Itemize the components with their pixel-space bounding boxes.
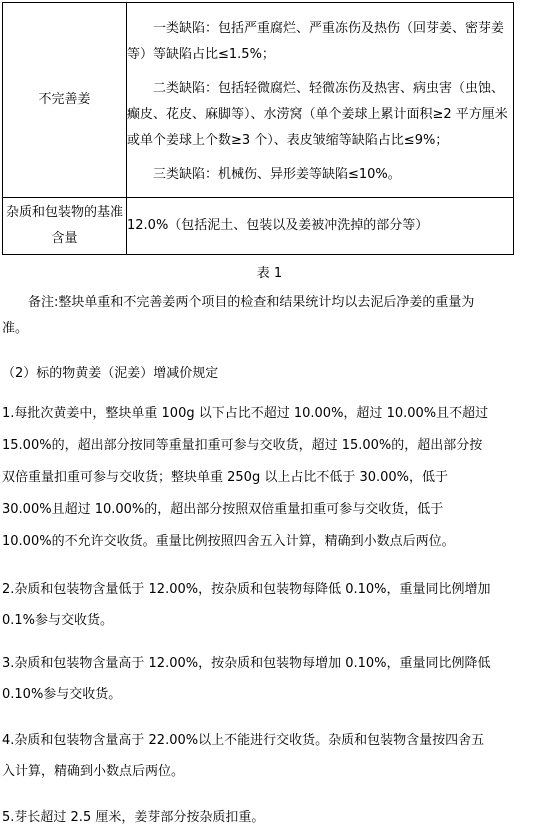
table-caption: 表 1 — [0, 262, 539, 281]
impurity-baseline-value: 12.0%（包括泥土、包装以及姜被冲洗掉的部分等） — [127, 198, 514, 255]
rule-paragraph-1: 1.每批次黄姜中，整块单重 100g 以下占比不超过 10.00%，超过 10.… — [2, 398, 492, 558]
defect-list: 一类缺陷：包括严重腐烂、严重冻伤及热伤（回芽姜、密芽姜等）等缺陷占比≤1.5%；… — [127, 3, 514, 198]
table-row-impurity-baseline: 杂质和包装物的基准含量 12.0%（包括泥土、包装以及姜被冲洗掉的部分等） — [3, 198, 514, 255]
defect-class-3: 三类缺陷：机械伤、异形姜等缺陷≤10%。 — [127, 162, 513, 188]
section-title: （2）标的物黄姜（泥姜）增减价规定 — [2, 362, 218, 381]
defect-class-2: 二类缺陷：包括轻微腐烂、轻微冻伤及热害、病虫害（虫蚀、癫皮、花皮、麻脚等）、水涝… — [127, 76, 513, 154]
row-label-imperfect-ginger: 不完善姜 — [3, 3, 127, 198]
rule-paragraph-4: 4.杂质和包装物含量高于 22.00%以上不能进行交收货。杂质和包装物含量按四舍… — [2, 725, 492, 787]
table-note: 备注:整块单重和不完善姜两个项目的检查和结果统计均以去泥后净姜的重量为准。 — [2, 290, 492, 342]
row-label-impurity-baseline: 杂质和包装物的基准含量 — [3, 198, 127, 255]
rule-paragraph-2: 2.杂质和包装物含量低于 12.00%，按杂质和包装物每降低 0.10%，重量同… — [2, 574, 492, 636]
table-row-imperfect-ginger: 不完善姜 一类缺陷：包括严重腐烂、严重冻伤及热伤（回芽姜、密芽姜等）等缺陷占比≤… — [3, 3, 514, 198]
rule-paragraph-3: 3.杂质和包装物含量高于 12.00%，按杂质和包装物每增加 0.10%，重量同… — [2, 648, 492, 710]
document-page: 不完善姜 一类缺陷：包括严重腐烂、严重冻伤及热伤（回芽姜、密芽姜等）等缺陷占比≤… — [0, 0, 539, 832]
quality-spec-table: 不完善姜 一类缺陷：包括严重腐烂、严重冻伤及热伤（回芽姜、密芽姜等）等缺陷占比≤… — [2, 2, 514, 255]
defect-class-1: 一类缺陷：包括严重腐烂、严重冻伤及热伤（回芽姜、密芽姜等）等缺陷占比≤1.5%； — [127, 16, 513, 68]
rule-paragraph-5: 5.芽长超过 2.5 厘米，姜芽部分按杂质扣重。 — [2, 802, 492, 832]
